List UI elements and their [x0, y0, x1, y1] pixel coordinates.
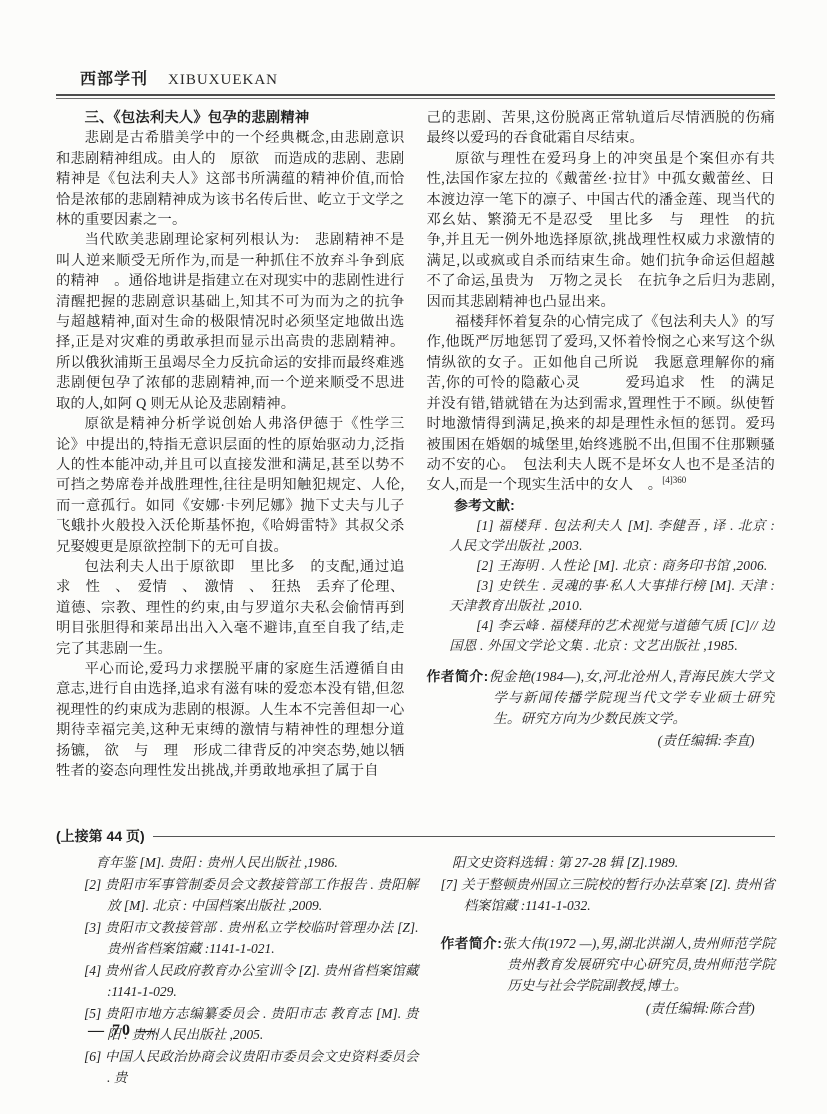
reference-item: [6] 中国人民政治协商会议贵阳市委员会文史资料委员会 . 贵: [84, 1046, 419, 1089]
body-paragraph: 悲剧是古希腊美学中的一个经典概念,由悲剧意识和悲剧精神组成。由人的 原欲 而造成…: [56, 128, 405, 230]
body-paragraph: 当代欧美悲剧理论家柯列根认为: 悲剧精神不是叫人逆来顺受无所作为,而是一种抓住不…: [56, 230, 405, 414]
continued-divider: (上接第 44 页): [56, 826, 775, 846]
reference-item: [7] 关于整顿贵州国立三院校的暂行办法草案 [Z]. 贵州省档案馆藏 :114…: [441, 874, 776, 917]
left-column: 三、《包法利夫人》包孕的悲剧精神 悲剧是古希腊美学中的一个经典概念,由悲剧意识和…: [56, 108, 405, 822]
journal-title-cn: 西部学刊: [80, 66, 148, 89]
continued-right-column: 阳文史资料选辑 : 第 27-28 辑 [Z].1989. [7] 关于整顿贵州…: [441, 852, 776, 1089]
reference-item: [4] 李云峰 . 福楼拜的艺术视觉与道德气质 [C]// 边国恩 . 外国文学…: [427, 616, 776, 656]
author-bio-block: 作者简介:倪金艳(1984—),女,河北沧州人,青海民族大学文学与新闻传播学院现…: [427, 666, 776, 729]
body-paragraph: 原欲与理性在爱玛身上的冲突虽是个案但亦有共性,法国作家左拉的《戴蕾丝·拉甘》中孤…: [427, 149, 776, 312]
citation-superscript: [4]360: [662, 476, 686, 486]
author-bio-text: 张大伟(1972 —),男,湖北洪湖人,贵州师范学院贵州教育发展研究中心研究员,…: [502, 936, 775, 993]
section-heading: 三、《包法利夫人》包孕的悲剧精神: [56, 108, 405, 128]
reference-item: [1] 福楼拜 . 包法利夫人 [M]. 李健吾 , 译 . 北京 : 人民文学…: [427, 516, 776, 556]
author-bio-block: 作者简介:张大伟(1972 —),男,湖北洪湖人,贵州师范学院贵州教育发展研究中…: [441, 933, 776, 996]
reference-continuation: 育年鉴 [M]. 贵阳 : 贵州人民出版社 ,1986.: [84, 852, 419, 874]
reference-item: [3] 史铁生 . 灵魂的事·私人大事排行榜 [M]. 天津 : 天津教育出版社…: [427, 576, 776, 616]
journal-title-en: XIBUXUEKAN: [168, 72, 278, 89]
editor-note: (责任编辑:李直): [427, 731, 776, 751]
body-paragraph: 福楼拜怀着复杂的心情完成了《包法利夫人》的写作,他既严厉地惩罚了爱玛,又怀着怜悯…: [427, 312, 776, 496]
reference-item: [4] 贵州省人民政府教育办公室训令 [Z]. 贵州省档案馆藏 :1141-1-…: [84, 960, 419, 1003]
editor-note: (责任编辑:陈合营): [441, 998, 776, 1020]
author-bio-label: 作者简介:: [427, 669, 489, 684]
body-paragraph: 原欲是精神分析学说创始人弗洛伊德于《性学三论》中提出的,特指无意识层面的性的原始…: [56, 414, 405, 557]
journal-page: 西部学刊 XIBUXUEKAN 三、《包法利夫人》包孕的悲剧精神 悲剧是古希腊美…: [0, 0, 827, 1114]
body-paragraph: 己的悲剧、苦果,这份脱离正常轨道后尽情洒脱的伤痛最终以爱玛的吞食砒霜自尽结束。: [427, 108, 776, 149]
author-bio-text: 倪金艳(1984—),女,河北沧州人,青海民族大学文学与新闻传播学院现当代文学专…: [488, 669, 775, 726]
right-column: 己的悲剧、苦果,这份脱离正常轨道后尽情洒脱的伤痛最终以爱玛的吞食砒霜自尽结束。 …: [427, 108, 776, 822]
continued-label: (上接第 44 页): [56, 826, 145, 846]
journal-header: 西部学刊 XIBUXUEKAN: [56, 66, 775, 89]
reference-item: [2] 王海明 . 人性论 [M]. 北京 : 商务印书馆 ,2006.: [427, 556, 776, 576]
continued-left-column: 育年鉴 [M]. 贵阳 : 贵州人民出版社 ,1986. [2] 贵阳市军事管制…: [56, 852, 419, 1089]
author-bio-label: 作者简介:: [441, 936, 502, 951]
page-number: — 70 —: [88, 1022, 156, 1040]
header-rule: [56, 94, 775, 99]
article-body: 三、《包法利夫人》包孕的悲剧精神 悲剧是古希腊美学中的一个经典概念,由悲剧意识和…: [56, 108, 775, 822]
reference-item: [3] 贵阳市文教接管部 . 贵州私立学校临时管理办法 [Z]. 贵州省档案馆藏…: [84, 917, 419, 960]
body-paragraph-text: 福楼拜怀着复杂的心情完成了《包法利夫人》的写作,他既严厉地惩罚了爱玛,又怀着怜悯…: [427, 314, 776, 493]
continued-rule: [153, 836, 775, 837]
reference-item: [2] 贵阳市军事管制委员会文教接管部工作报告 . 贵阳解放 [M]. 北京 :…: [84, 874, 419, 917]
body-paragraph: 平心而论,爱玛力求摆脱平庸的家庭生活遵循自由意志,进行自由选择,追求有滋有味的爱…: [56, 659, 405, 781]
continued-body: 育年鉴 [M]. 贵阳 : 贵州人民出版社 ,1986. [2] 贵阳市军事管制…: [56, 852, 775, 1089]
references-heading: 参考文献:: [427, 496, 776, 516]
reference-continuation: 阳文史资料选辑 : 第 27-28 辑 [Z].1989.: [441, 852, 776, 874]
body-paragraph: 包法利夫人出于原欲即 里比多 的支配,通过追求 性 、 爱情 、 激情 、 狂热…: [56, 557, 405, 659]
